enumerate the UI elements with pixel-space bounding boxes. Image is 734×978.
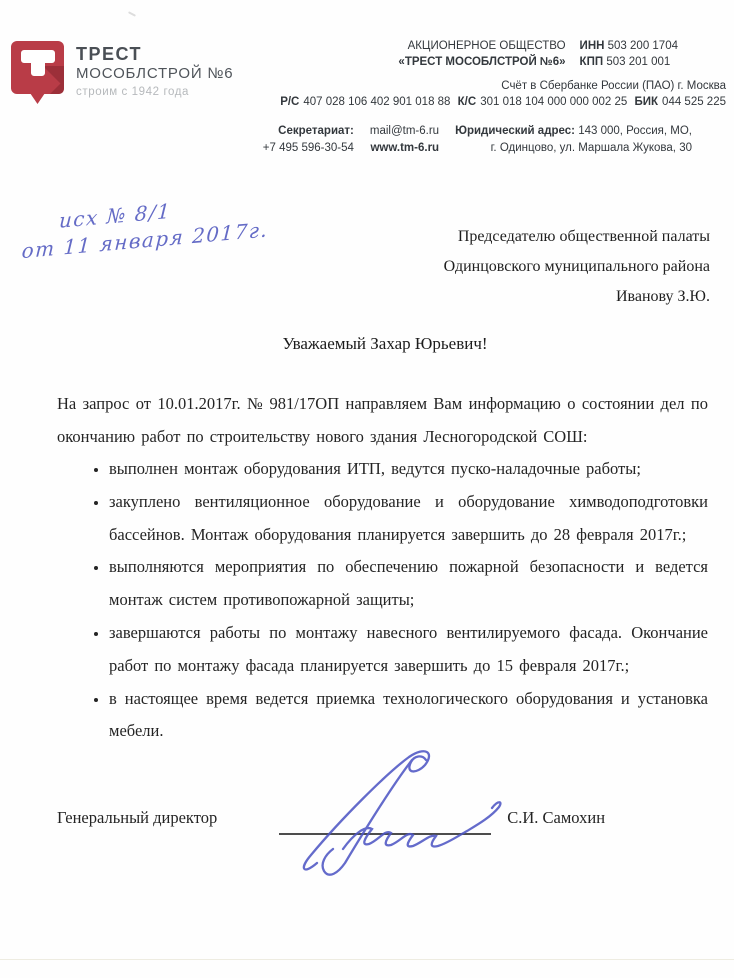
bank-details: Счёт в Сбербанке России (ПАО) г. Москва … (263, 78, 726, 110)
rs-value: 407 028 106 402 901 018 88 (303, 96, 450, 108)
addressee-block: Председателю общественной палаты Одинцов… (444, 222, 710, 312)
addressee-line: Одинцовского муниципального района (444, 252, 710, 282)
org-type: АКЦИОНЕРНОЕ ОБЩЕСТВО (398, 38, 565, 54)
inn-line: ИНН 503 200 1704 (580, 38, 678, 54)
ks-label: К/С (458, 96, 477, 108)
letter-page: ТРЕСТ МОСОБЛСТРОЙ №6 строим с 1942 года … (0, 0, 734, 978)
phone-text: +7 495 596-30-54 (263, 140, 354, 156)
org-name-column: АКЦИОНЕРНОЕ ОБЩЕСТВО «ТРЕСТ МОСОБЛСТРОЙ … (398, 38, 565, 70)
logo-tagline: строим с 1942 года (76, 84, 233, 101)
company-identity-row: АКЦИОНЕРНОЕ ОБЩЕСТВО «ТРЕСТ МОСОБЛСТРОЙ … (263, 38, 678, 70)
scan-speck (128, 11, 136, 17)
company-logo: ТРЕСТ МОСОБЛСТРОЙ №6 строим с 1942 года (10, 40, 233, 106)
tax-ids-column: ИНН 503 200 1704 КПП 503 201 001 (580, 38, 678, 70)
company-logo-icon (10, 40, 66, 106)
bullet-item: выполнен монтаж оборудования ИТП, ведутс… (109, 453, 708, 486)
legal-address-line2: г. Одинцово, ул. Маршала Жукова, 30 (455, 140, 692, 156)
salutation: Уважаемый Захар Юрьевич! (18, 334, 734, 354)
company-info-block: АКЦИОНЕРНОЕ ОБЩЕСТВО «ТРЕСТ МОСОБЛСТРОЙ … (263, 38, 734, 156)
bank-accounts-line: Р/С407 028 106 402 901 018 88 К/С301 018… (263, 94, 726, 110)
addressee-line: Председателю общественной палаты (444, 222, 710, 252)
address-label: Юридический адрес: (455, 125, 575, 137)
signature-line (279, 833, 491, 835)
ks-value: 301 018 104 000 000 002 25 (480, 96, 627, 108)
company-logo-text: ТРЕСТ МОСОБЛСТРОЙ №6 строим с 1942 года (76, 40, 233, 106)
bik-label: БИК (634, 96, 658, 108)
bullet-item: закуплено вентиляционное оборудование и … (109, 486, 708, 552)
website-text: www.tm-6.ru (370, 140, 439, 156)
inn-value: 503 200 1704 (608, 40, 678, 52)
bullet-item: в настоящее время ведется приемка технол… (109, 683, 708, 749)
org-name: «ТРЕСТ МОСОБЛСТРОЙ №6» (398, 54, 565, 70)
logo-subtitle: МОСОБЛСТРОЙ №6 (76, 64, 233, 83)
kpp-label: КПП (580, 56, 604, 68)
signature-row: Генеральный директор С.И. Самохин (57, 808, 708, 835)
intro-paragraph: На запрос от 10.01.2017г. № 981/17ОП нап… (57, 387, 708, 453)
bullet-item: выполняются мероприятия по обеспечению п… (109, 551, 708, 617)
addressee-line: Иванову З.Ю. (444, 282, 710, 312)
status-bullet-list: выполнен монтаж оборудования ИТП, ведутс… (57, 453, 708, 748)
secretariat-label: Секретариат: (263, 123, 354, 139)
contacts-block: Секретариат: mail@tm-6.ru Юридический ад… (263, 123, 692, 156)
signer-position: Генеральный директор (57, 808, 217, 835)
rs-label: Р/С (280, 96, 299, 108)
letter-body: На запрос от 10.01.2017г. № 981/17ОП нап… (57, 387, 708, 748)
kpp-line: КПП 503 201 001 (580, 54, 678, 70)
legal-address-line1: Юридический адрес: 143 000, Россия, МО, (455, 123, 692, 139)
handwritten-registration-note: исх № 8/1 от 11 января 2017г. (21, 189, 273, 265)
kpp-value: 503 201 001 (606, 56, 670, 68)
bank-name-line: Счёт в Сбербанке России (ПАО) г. Москва (263, 78, 726, 94)
logo-title: ТРЕСТ (76, 44, 233, 64)
signer-name: С.И. Самохин (507, 808, 605, 835)
bullet-item: завершаются работы по монтажу навесного … (109, 617, 708, 683)
scan-edge-line (0, 959, 734, 960)
address-value1: 143 000, Россия, МО, (578, 125, 692, 137)
inn-label: ИНН (580, 40, 605, 52)
bik-value: 044 525 225 (662, 96, 726, 108)
email-text: mail@tm-6.ru (370, 123, 439, 139)
